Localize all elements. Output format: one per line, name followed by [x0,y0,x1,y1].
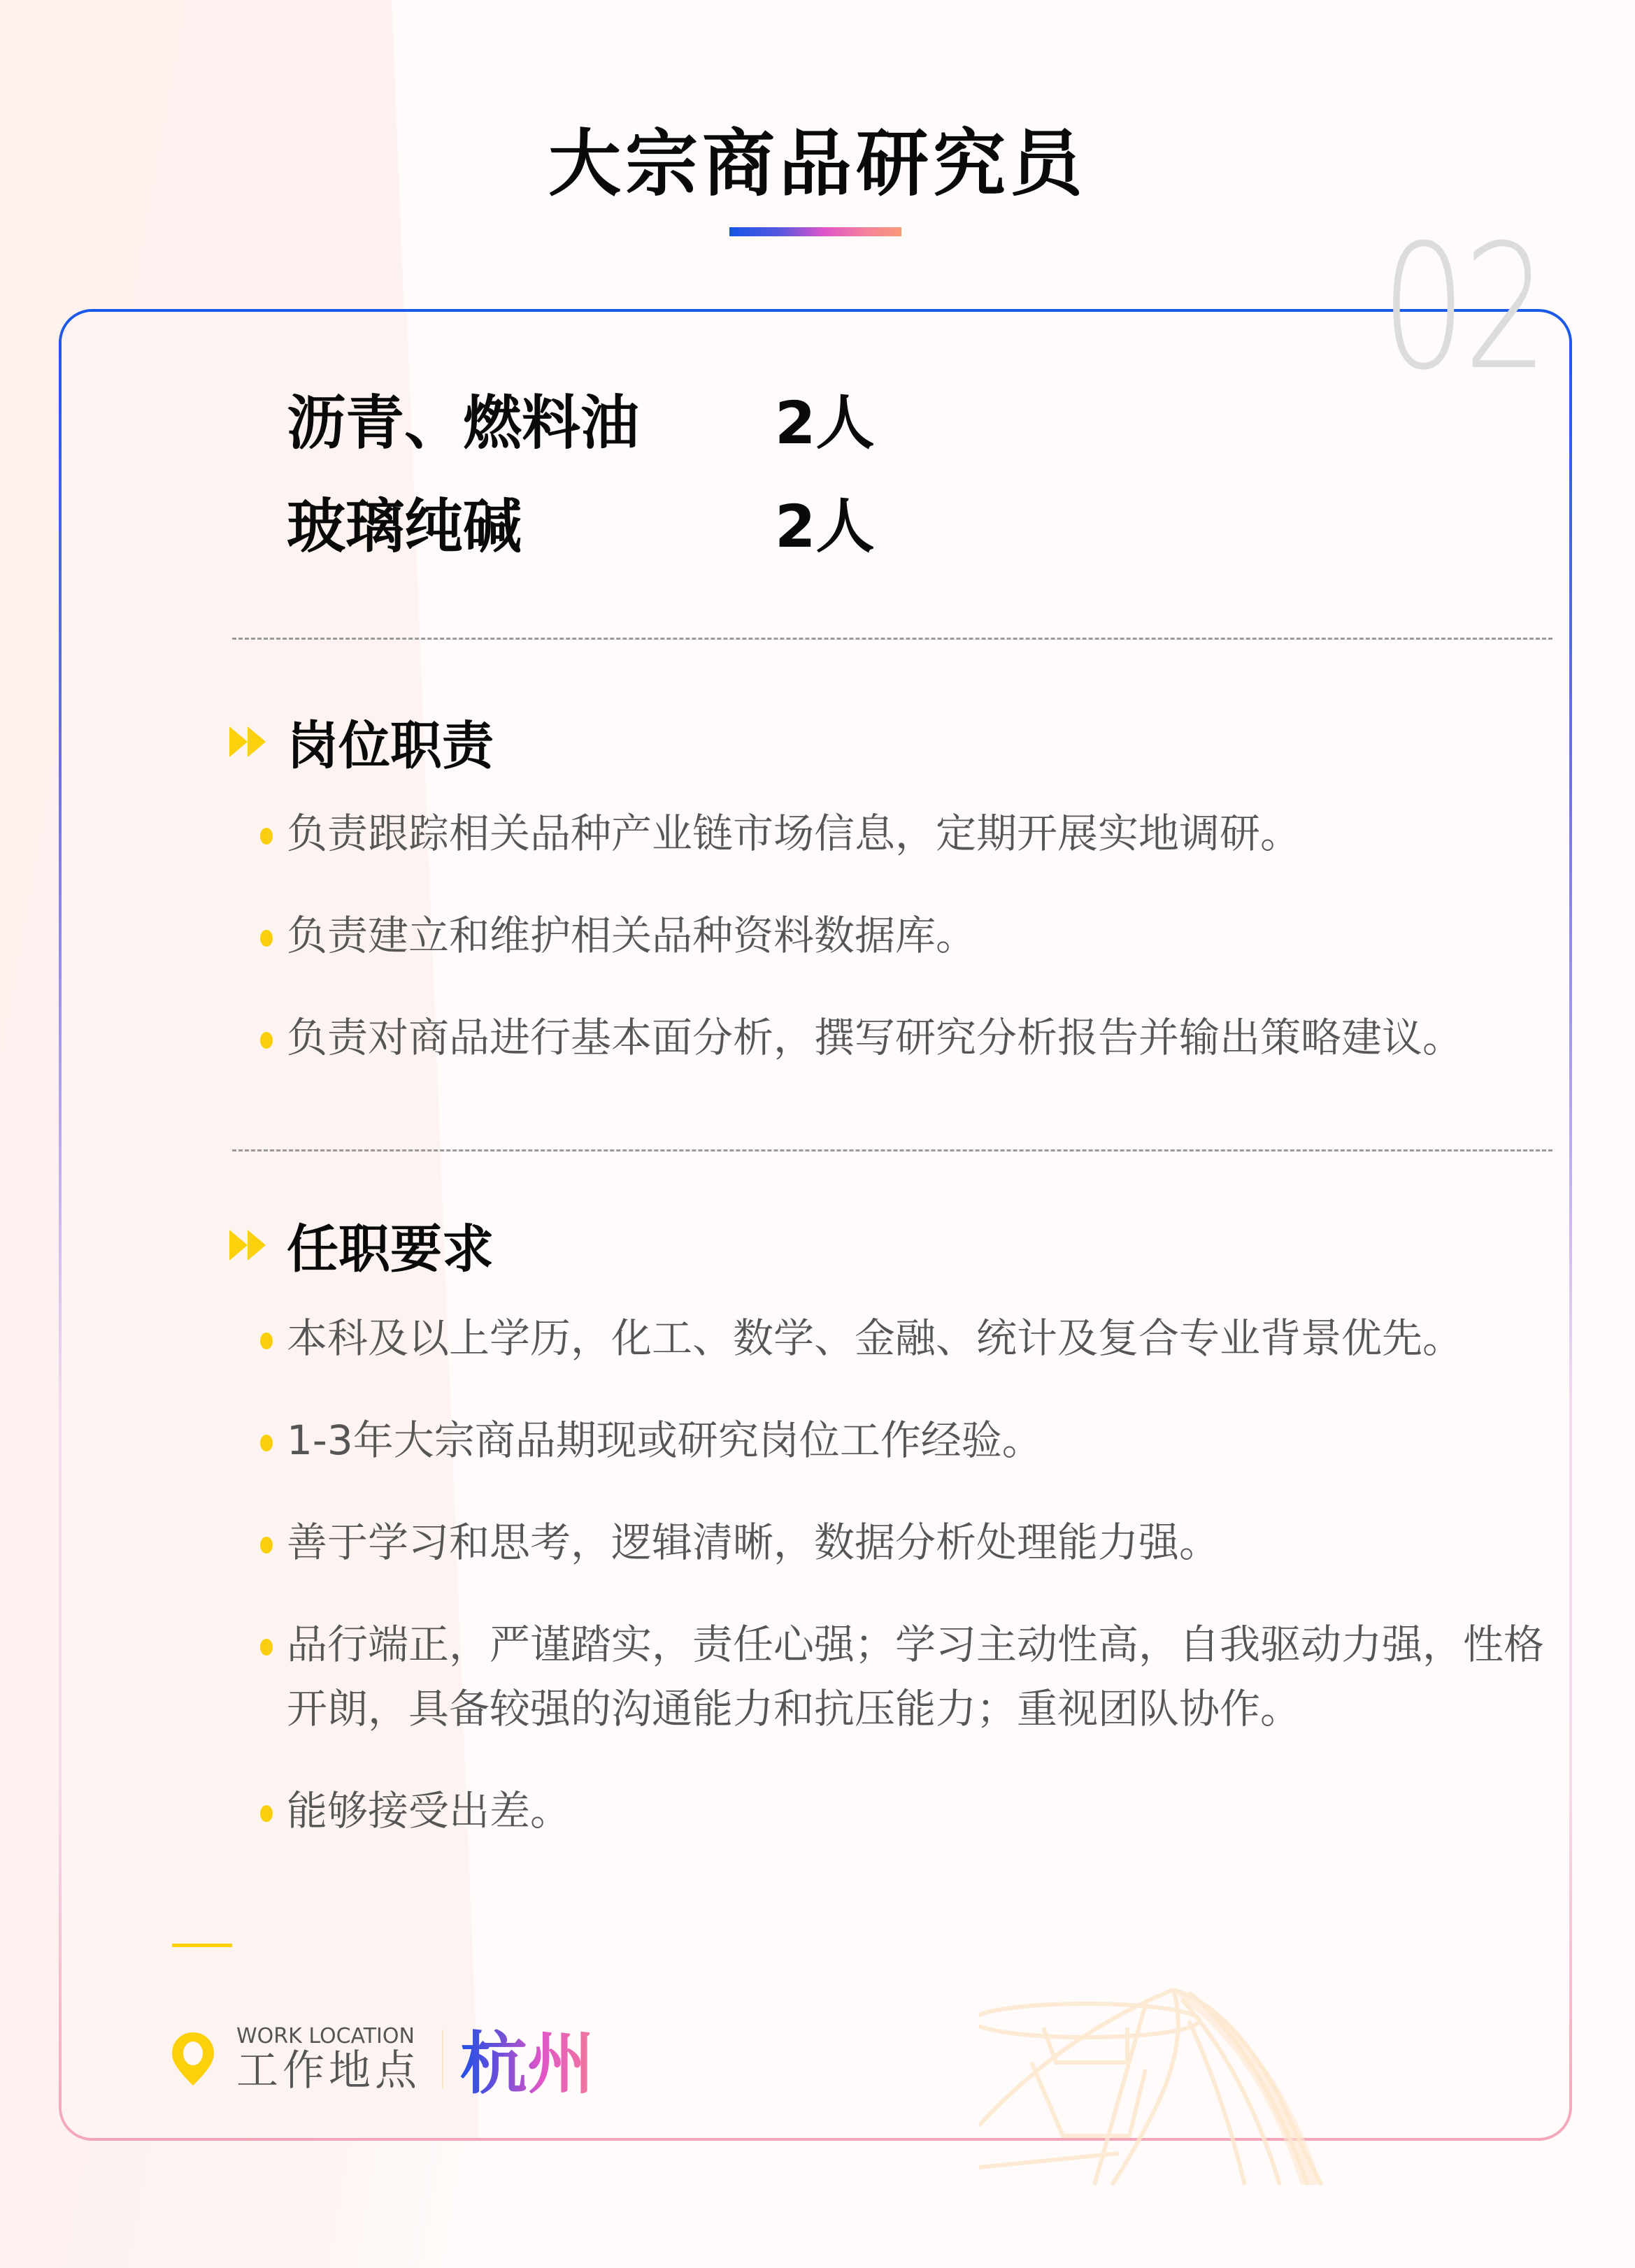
title-underline [729,227,901,236]
divider [232,638,1552,640]
location-label-en: WORK LOCATION [236,2025,421,2048]
accent-line [172,1944,232,1947]
list-item: 负责对商品进行基本面分析，撰写研究分析报告并输出策略建议。 [263,1005,1564,1070]
separator [442,2030,443,2088]
location-pin-icon [171,2031,215,2087]
job-card: 沥青、燃料油 2人 玻璃纯碱 2人 岗位职责 负责跟踪相关品种产业链市场信息，定… [59,309,1572,2141]
section-heading-responsibilities: 岗位职责 [229,705,494,779]
list-item: 1-3年大宗商品期现或研究岗位工作经验。 [263,1408,1564,1472]
double-arrow-icon [229,1223,274,1268]
bullet-dot-icon [260,1032,273,1049]
position-name: 玻璃纯碱 [287,480,522,564]
section-heading-requirements: 任职要求 [229,1208,494,1282]
list-item: 品行端正，严谨踏实，责任心强；学习主动性高，自我驱动力强，性格开朗，具备较强的沟… [263,1612,1564,1741]
position-count: 2人 [775,376,874,461]
position-name: 沥青、燃料油 [287,376,639,461]
location-city: 杭州 [460,2011,594,2106]
section-number: 02 [1381,222,1545,394]
list-item: 本科及以上学历，化工、数学、金融、统计及复合专业背景优先。 [263,1306,1564,1370]
position-count: 2人 [775,480,874,564]
list-item: 善于学习和思考，逻辑清晰，数据分析处理能力强。 [263,1510,1564,1574]
bullet-dot-icon [260,1639,273,1656]
list-item: 能够接受出差。 [263,1779,1564,1843]
bullet-dot-icon [260,1805,273,1822]
page-title: 大宗商品研究员 [0,105,1635,210]
bullet-dot-icon [260,930,273,947]
bullet-dot-icon [260,1537,273,1553]
list-item: 负责跟踪相关品种产业链市场信息，定期开展实地调研。 [263,801,1564,866]
location-label-cn: 工作地点 [236,2048,421,2093]
bullet-dot-icon [260,1435,273,1451]
work-location: WORK LOCATION 工作地点 杭州 [171,2011,594,2106]
bullet-dot-icon [260,1333,273,1349]
list-item: 负责建立和维护相关品种资料数据库。 [263,903,1564,968]
divider [232,1149,1552,1151]
bullet-dot-icon [260,828,273,845]
double-arrow-icon [229,719,274,764]
